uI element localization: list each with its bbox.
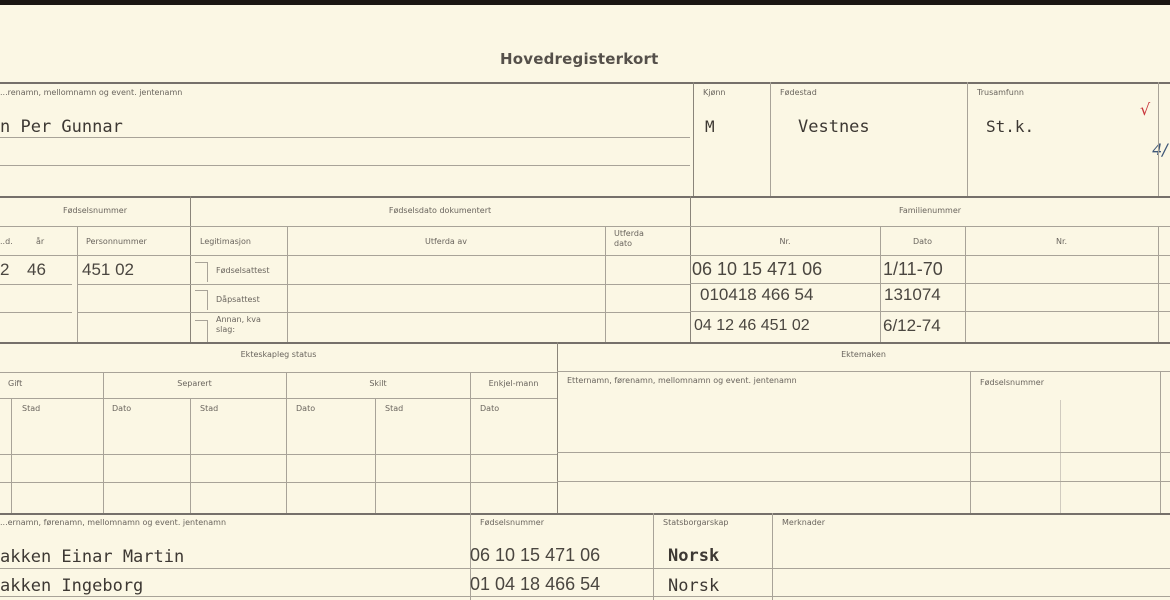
- marital-group-widowed: Enkjel-mann: [470, 379, 557, 388]
- birthdate-documented-header: Fødselsdato dokumentert: [190, 206, 690, 215]
- parent-name-label: ...ernamn, førenamn, mellomnamn og event…: [0, 518, 226, 527]
- rule-top: [0, 82, 1170, 84]
- sex-label: Kjønn: [703, 88, 726, 97]
- family-number-header: Familienummer: [690, 206, 1170, 215]
- rule: [690, 311, 1170, 312]
- doc-type-baptism-certificate: Dåpsattest: [216, 295, 260, 304]
- rule: [0, 342, 1170, 344]
- family-date-row-1: 1/11-70: [883, 259, 943, 280]
- divider: [1160, 371, 1161, 513]
- name-value: n Per Gunnar: [0, 117, 123, 137]
- col-date: Dato: [880, 237, 965, 246]
- parent-citizenship-row-2: Norsk: [668, 576, 719, 596]
- divider: [1060, 400, 1061, 513]
- rule: [190, 255, 690, 256]
- divider: [103, 372, 104, 513]
- parent-name-row-1: akken Einar Martin: [0, 547, 184, 567]
- spouse-name-label: Etternamn, førenamn, mellomnamn og event…: [567, 376, 797, 385]
- rule: [0, 596, 1170, 597]
- parent-birth-number-row-2: 01 04 18 466 54: [470, 574, 600, 595]
- sex-value: M: [705, 117, 715, 136]
- sub-col-date: Dato: [112, 404, 131, 413]
- rule: [0, 372, 557, 373]
- col-legitimation: Legitimasjon: [200, 237, 251, 246]
- birth-number-header: Fødselsnummer: [0, 206, 190, 215]
- religion-value: St.k.: [986, 117, 1034, 136]
- divider: [653, 513, 654, 600]
- rule: [0, 454, 557, 455]
- col-month-label: ..d.: [0, 237, 13, 246]
- sub-col-place: Stad: [385, 404, 403, 413]
- divider: [690, 196, 691, 342]
- rule: [190, 312, 690, 313]
- document-title: Hovedregisterkort: [500, 50, 659, 68]
- col-year-label: år: [36, 237, 44, 246]
- checkbox-tick: [195, 262, 207, 263]
- col-nr: Nr.: [690, 237, 880, 246]
- sub-col-date: Dato: [480, 404, 499, 413]
- rule: [0, 482, 557, 483]
- rule: [690, 283, 1170, 284]
- rule: [0, 312, 72, 313]
- checkmark-icon: √: [1140, 100, 1150, 119]
- col-issued-date: Utferda dato: [614, 229, 654, 249]
- divider: [286, 372, 287, 513]
- sub-col-place: Stad: [22, 404, 40, 413]
- family-nr-row-3: 04 12 46 451 02: [694, 317, 810, 335]
- rule: [557, 371, 1170, 372]
- marital-group-divorced: Skilt: [286, 379, 470, 388]
- rule: [0, 513, 1170, 515]
- rule: [0, 284, 72, 285]
- col-nr2: Nr.: [965, 237, 1158, 246]
- rule: [690, 255, 1170, 256]
- divider: [970, 371, 971, 513]
- divider: [375, 398, 376, 513]
- parent-birth-number-row-1: 06 10 15 471 06: [470, 545, 600, 566]
- family-nr-row-2: 010418 466 54: [700, 285, 813, 305]
- family-date-row-3: 6/12-74: [883, 316, 941, 336]
- person-value: 451 02: [82, 260, 134, 280]
- divider: [770, 82, 771, 196]
- rule: [690, 226, 1170, 227]
- rule: [0, 255, 190, 256]
- parent-name-row-2: akken Ingeborg: [0, 576, 143, 596]
- col-issued-by: Utferda av: [287, 237, 605, 246]
- rule: [0, 398, 557, 399]
- checkbox-tick: [207, 290, 208, 310]
- rule: [557, 481, 1170, 482]
- checkbox-tick: [195, 320, 207, 321]
- divider: [11, 398, 12, 513]
- citizenship-label: Statsborgarskap: [663, 518, 728, 527]
- divider: [1158, 82, 1159, 196]
- rule: [190, 284, 690, 285]
- divider: [693, 82, 694, 196]
- name-rule-1: [0, 137, 690, 138]
- rule: [0, 568, 1170, 569]
- divider: [772, 513, 773, 600]
- divider: [557, 342, 558, 513]
- checkbox-tick: [195, 290, 207, 291]
- rule: [77, 284, 190, 285]
- family-date-row-2: 131074: [884, 285, 941, 305]
- sub-col-date: Dato: [296, 404, 315, 413]
- rule: [0, 196, 1170, 198]
- rule: [77, 312, 190, 313]
- marital-group-married: Gift: [8, 379, 22, 388]
- rule: [557, 452, 1170, 453]
- col-person-label: Personnummer: [86, 237, 147, 246]
- doc-type-other: Annan, kva slag:: [216, 315, 276, 335]
- name-label: ...renamn, mellomnamn og event. jentenam…: [0, 88, 182, 97]
- divider: [190, 196, 191, 342]
- birthplace-value: Vestnes: [798, 117, 870, 137]
- month-value: 2: [0, 260, 9, 280]
- birthplace-label: Fødestad: [780, 88, 817, 97]
- scan-top-edge: [0, 0, 1170, 5]
- handwritten-note: 4/: [1152, 140, 1168, 159]
- religion-label: Trusamfunn: [977, 88, 1024, 97]
- year-value: 46: [27, 260, 46, 280]
- rule: [190, 226, 690, 227]
- name-rule-2: [0, 165, 690, 166]
- spouse-header: Ektemaken: [557, 350, 1170, 359]
- divider: [967, 82, 968, 196]
- checkbox-tick: [207, 262, 208, 282]
- marital-group-separated: Separert: [103, 379, 286, 388]
- sub-col-place: Stad: [200, 404, 218, 413]
- doc-type-birth-certificate: Fødselsattest: [216, 266, 269, 275]
- rule: [0, 226, 190, 227]
- remarks-label: Merknader: [782, 518, 825, 527]
- parent-birth-number-label: Fødselsnummer: [480, 518, 544, 527]
- checkbox-tick: [207, 320, 208, 342]
- divider: [1158, 226, 1159, 342]
- divider: [190, 398, 191, 513]
- marital-status-header: Ekteskapleg status: [0, 350, 557, 359]
- family-nr-row-1: 06 10 15 471 06: [692, 259, 822, 280]
- spouse-birth-number-label: Fødselsnummer: [980, 378, 1044, 387]
- divider: [470, 372, 471, 513]
- parent-citizenship-row-1: Norsk: [668, 546, 719, 566]
